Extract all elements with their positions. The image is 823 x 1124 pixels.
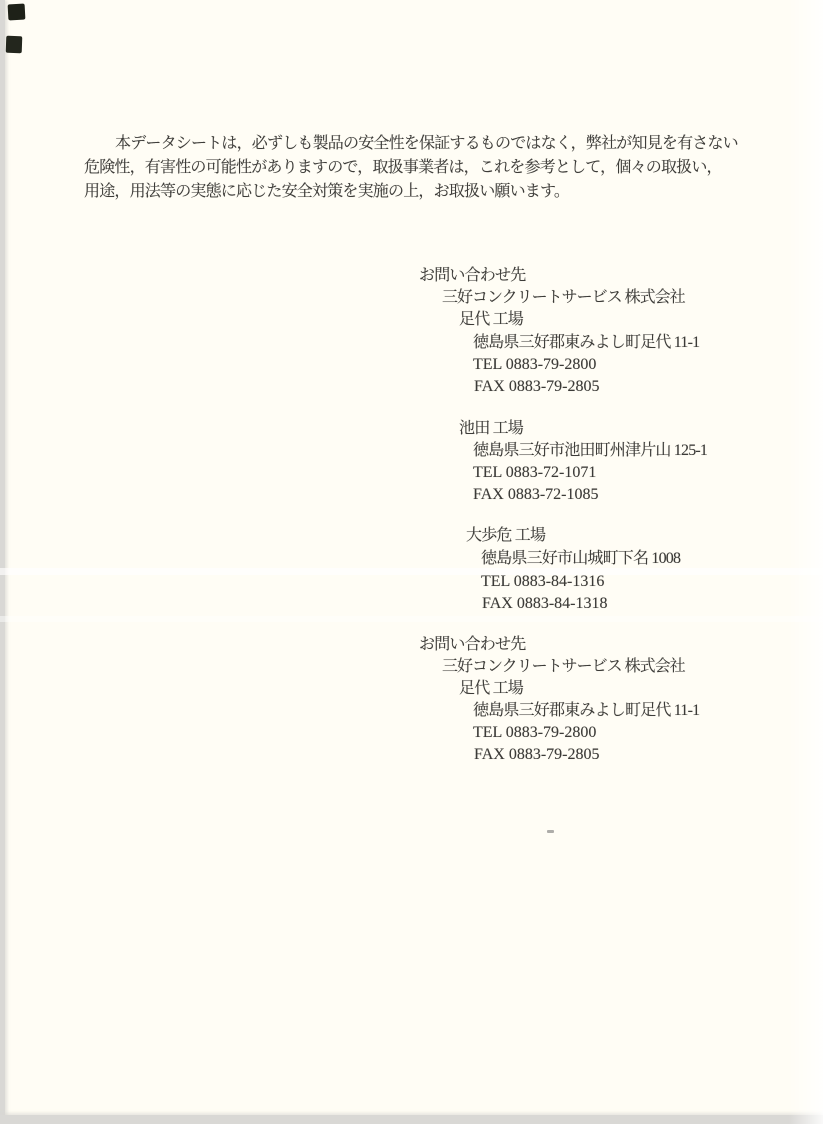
factory-name-ikeda: 池田 工場: [459, 419, 523, 438]
factory-fax-ikeda: FAX 0883-72-1085: [473, 485, 598, 504]
disclaimer-line-2: 危険性，有害性の可能性がありますので，取扱事業者は，これを参考として，個々の取扱…: [84, 158, 722, 177]
contact-heading-2: お問い合わせ先: [419, 635, 525, 654]
factory-fax-ashiro-2: FAX 0883-79-2805: [474, 745, 599, 764]
scanner-edge-bottom: [0, 1115, 823, 1124]
factory-address-ikeda: 徳島県三好市池田町州津片山 125-1: [473, 441, 707, 460]
company-name-1: 三好コンクリートサービス 株式会社: [442, 288, 685, 307]
scan-streak-2: [0, 616, 823, 622]
company-name-2: 三好コンクリートサービス 株式会社: [442, 657, 685, 676]
factory-name-ashiro-1: 足代 工場: [459, 310, 523, 329]
scanner-edge-right: [789, 0, 823, 1124]
scan-artifact-mark-2: [6, 36, 23, 54]
scan-speck: [547, 830, 554, 833]
scan-artifact-mark-1: [8, 4, 26, 21]
factory-name-oboke: 大歩危 工場: [466, 526, 545, 545]
contact-heading-1: お問い合わせ先: [419, 266, 525, 285]
disclaimer-line-3: 用途，用法等の実態に応じた安全対策を実施の上，お取扱い願います。: [84, 182, 569, 201]
factory-address-ashiro-2: 徳島県三好郡東みよし町足代 11-1: [473, 701, 699, 720]
factory-tel-ikeda: TEL 0883-72-1071: [473, 463, 596, 482]
factory-fax-oboke: FAX 0883-84-1318: [482, 594, 607, 613]
factory-address-oboke: 徳島県三好市山城町下名 1008: [481, 549, 680, 568]
factory-tel-oboke: TEL 0883-84-1316: [481, 572, 604, 591]
factory-name-ashiro-2: 足代 工場: [459, 679, 523, 698]
scanned-document-page: 本データシートは，必ずしも製品の安全性を保証するものではなく，弊社が知見を有さな…: [0, 0, 823, 1124]
disclaimer-line-1: 本データシートは，必ずしも製品の安全性を保証するものではなく，弊社が知見を有さな…: [115, 134, 738, 153]
factory-tel-ashiro-2: TEL 0883-79-2800: [473, 723, 596, 742]
scanner-edge-left: [0, 0, 5, 1124]
scan-streak-1: [0, 568, 823, 575]
factory-address-ashiro-1: 徳島県三好郡東みよし町足代 11-1: [473, 333, 699, 352]
factory-tel-ashiro-1: TEL 0883-79-2800: [473, 355, 596, 374]
factory-fax-ashiro-1: FAX 0883-79-2805: [474, 377, 599, 396]
